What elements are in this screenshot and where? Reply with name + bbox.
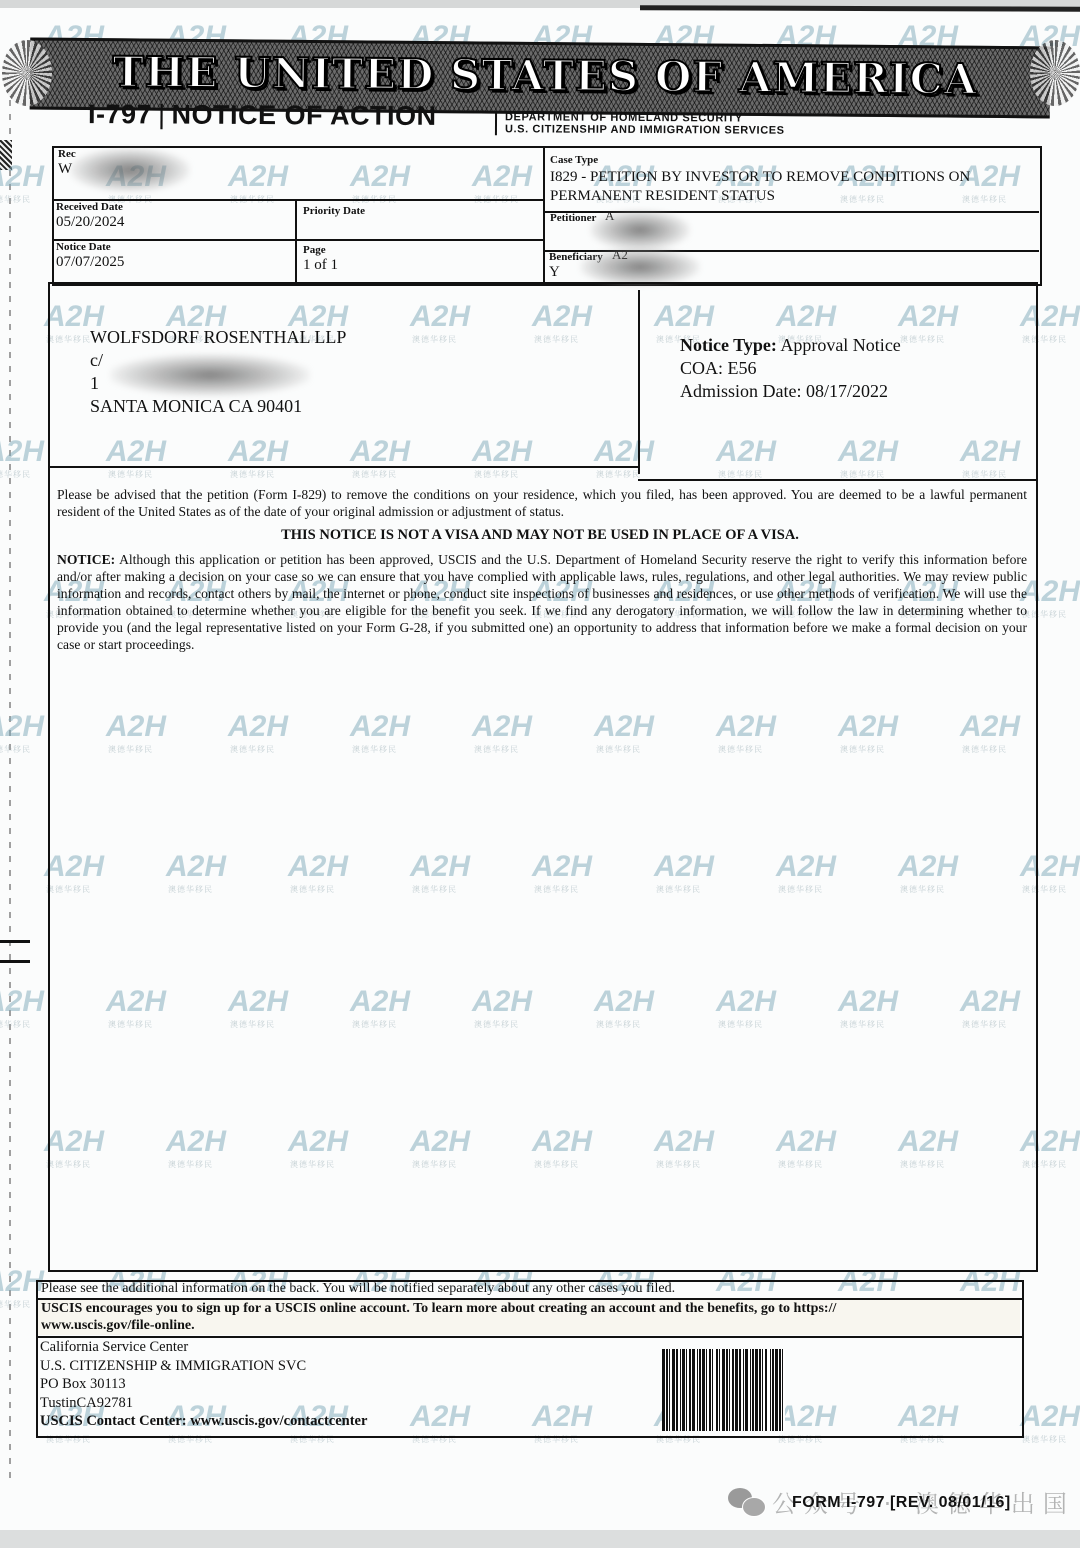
notice-body-frame: [48, 282, 1038, 1272]
notice-info: Notice Type: Approval Notice COA: E56 Ad…: [680, 334, 901, 403]
contact-center: USCIS Contact Center: www.uscis.gov/cont…: [40, 1412, 367, 1431]
priority-date-label: Priority Date: [303, 205, 365, 217]
watermark-logo-icon: A2H澳德华移民: [0, 985, 44, 1045]
case-info-grid: [52, 146, 1042, 286]
form-heading: I-797|NOTICE OF ACTION: [88, 99, 437, 132]
section-divider: [638, 290, 640, 474]
additional-info: Please see the additional information on…: [41, 1281, 675, 1297]
received-date-label: Received Date: [56, 201, 123, 213]
redaction: [590, 210, 690, 250]
watermark-logo-icon: A2H澳德华移民: [0, 435, 44, 495]
redaction: [110, 354, 310, 396]
edge-code-mark: [0, 140, 12, 170]
rosette-left-icon: [2, 40, 52, 106]
wechat-icon: [728, 1488, 768, 1518]
agency: U.S. CITIZENSHIP & IMMIGRATION SVC: [40, 1357, 367, 1376]
redaction: [70, 148, 190, 192]
admission-date: Admission Date: 08/17/2022: [680, 380, 901, 403]
online-account-line-1: USCIS encourages you to sign up for a US…: [41, 1301, 836, 1317]
service-center: California Service Center: [40, 1338, 367, 1357]
separator: [495, 113, 497, 135]
redaction: [580, 248, 700, 286]
notice-type: Notice Type: Approval Notice: [680, 334, 901, 357]
online-account-line-2: www.uscis.gov/file-online.: [41, 1318, 195, 1334]
form-revision: FORM I-797 [REV. 08/01/16]: [792, 1494, 1011, 1512]
grid-divider: [543, 146, 545, 284]
department-block: DEPARTMENT OF HOMELAND SECURITY U.S. CIT…: [505, 111, 785, 136]
left-perforation: [9, 100, 11, 1480]
notice-date-label: Notice Date: [56, 241, 111, 253]
notice-type-label: Notice Type:: [680, 335, 777, 355]
notice-date-value: 07/07/2025: [56, 254, 124, 271]
city: TustinCA92781: [40, 1394, 367, 1413]
notice-type-value: Approval Notice: [780, 335, 900, 355]
approval-paragraph: Please be advised that the petition (For…: [57, 486, 1027, 520]
watermark-logo-icon: A2H澳德华移民: [1016, 1400, 1080, 1460]
separator: |: [158, 99, 166, 129]
page-value: 1 of 1: [303, 257, 338, 274]
notice-label: NOTICE:: [57, 552, 115, 567]
case-type-label: Case Type: [550, 154, 598, 166]
section-divider: [48, 466, 640, 468]
address-line-1: WOLFSDORF ROSENTHAL LLP: [90, 326, 346, 349]
coa: COA: E56: [680, 357, 901, 380]
grid-divider: [52, 239, 544, 241]
service-center-address: California Service Center U.S. CITIZENSH…: [40, 1338, 367, 1431]
dept-line-2: U.S. CITIZENSHIP AND IMMIGRATION SERVICE…: [505, 123, 785, 136]
barcode: [662, 1349, 888, 1431]
beneficiary-value: Y: [549, 264, 560, 281]
page-top-edge: [640, 5, 1080, 12]
visa-warning: THIS NOTICE IS NOT A VISA AND MAY NOT BE…: [0, 527, 1080, 544]
grid-divider: [52, 199, 544, 201]
notice-paragraph: NOTICE: Although this application or pet…: [57, 551, 1027, 653]
watermark-logo-icon: A2H澳德华移民: [0, 710, 44, 770]
form-number: I-797: [88, 99, 152, 129]
edge-tick: [0, 960, 30, 963]
form-title: NOTICE OF ACTION: [171, 100, 436, 131]
received-date-value: 05/20/2024: [56, 214, 124, 231]
notice-text: Although this application or petition ha…: [57, 552, 1027, 652]
page-bottom-shadow: [0, 1530, 1080, 1548]
po-box: PO Box 30113: [40, 1375, 367, 1394]
grid-divider: [295, 200, 297, 284]
address-line-4: SANTA MONICA CA 90401: [90, 395, 346, 418]
section-divider: [638, 479, 1036, 481]
case-type-value-2: PERMANENT RESIDENT STATUS: [550, 188, 775, 205]
edge-tick: [0, 940, 30, 943]
case-type-value-1: I829 - PETITION BY INVESTOR TO REMOVE CO…: [550, 169, 970, 186]
rosette-right-icon: [1030, 40, 1080, 106]
page-label: Page: [303, 244, 326, 256]
